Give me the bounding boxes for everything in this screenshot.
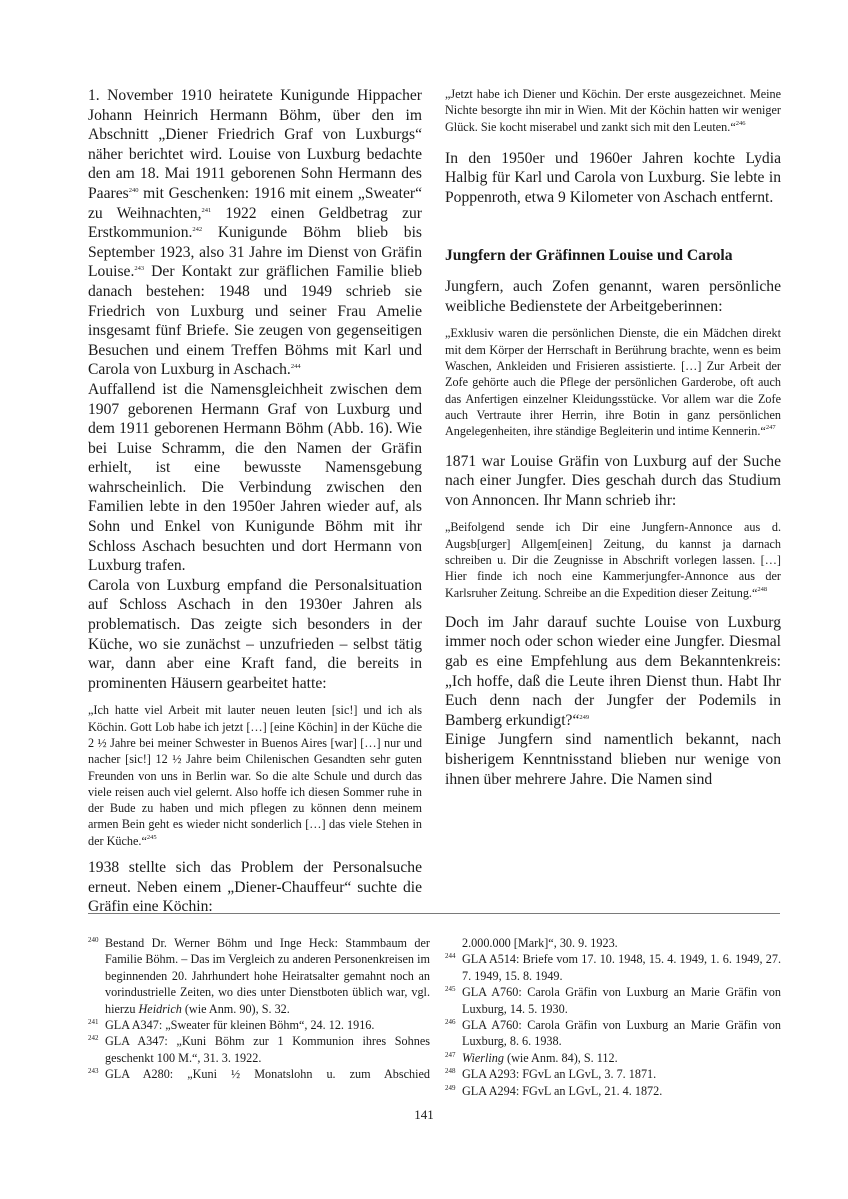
footnote-ref[interactable]: 248	[757, 586, 767, 593]
footnote-ref[interactable]: 249	[579, 714, 589, 721]
section-heading: Jungfern der Gräfinnen Louise und Carola	[445, 246, 781, 266]
footnote-244: 244GLA A514: Briefe vom 17. 10. 1948, 15…	[445, 951, 781, 984]
block-quote-zofe: „Exklusiv waren die persönlichen Dienste…	[445, 325, 781, 439]
footnote-ref[interactable]: 244	[291, 363, 301, 370]
left-column: 1. November 1910 heiratete Kunigunde Hip…	[88, 86, 422, 917]
block-quote-koechin: „Ich hatte viel Arbeit mit lauter neuen …	[88, 702, 422, 849]
footnotes-left: 240Bestand Dr. Werner Böhm und Inge Heck…	[88, 935, 430, 1083]
block-quote-annonce: „Beifolgend sende ich Dir eine Jungfern-…	[445, 519, 781, 600]
footnote-248: 248GLA A293: FGvL an LGvL, 3. 7. 1871.	[445, 1066, 781, 1082]
footnote-ref[interactable]: 245	[147, 834, 157, 841]
footnote-249: 249GLA A294: FGvL an LGvL, 21. 4. 1872.	[445, 1083, 781, 1099]
footnote-ref[interactable]: 243	[134, 265, 144, 272]
paragraph-personalsituation: Carola von Luxburg empfand die Personals…	[88, 576, 422, 694]
footnote-243-continuation: 2.000.000 [Mark]“, 30. 9. 1923.	[445, 935, 781, 951]
footnote-ref[interactable]: 247	[766, 424, 776, 431]
footnote-242: 242GLA A347: „Kuni Böhm zur 1 Kommunion …	[88, 1033, 430, 1066]
footnote-246: 246GLA A760: Carola Gräfin von Luxburg a…	[445, 1017, 781, 1050]
footnote-ref[interactable]: 246	[736, 120, 746, 127]
page-number: 141	[0, 1107, 848, 1123]
footnote-245: 245GLA A760: Carola Gräfin von Luxburg a…	[445, 984, 781, 1017]
footnote-247: 247Wierling (wie Anm. 84), S. 112.	[445, 1050, 781, 1066]
footnotes-right: 2.000.000 [Mark]“, 30. 9. 1923. 244GLA A…	[445, 935, 781, 1099]
footnote-240: 240Bestand Dr. Werner Böhm und Inge Heck…	[88, 935, 430, 1017]
paragraph-einige-jungfern: Einige Jungfern sind namentlich bekannt,…	[445, 730, 781, 789]
paragraph-jungfern: Jungfern, auch Zofen genannt, waren pers…	[445, 277, 781, 316]
paragraph-kunigunde: 1. November 1910 heiratete Kunigunde Hip…	[88, 86, 422, 380]
footnote-ref[interactable]: 242	[192, 226, 202, 233]
footnote-divider	[88, 913, 780, 914]
paragraph-lydia-halbig: In den 1950er und 1960er Jahren kochte L…	[445, 149, 781, 208]
footnote-243: 243GLA A280: „Kuni ½ Monatslohn u. zum A…	[88, 1066, 430, 1082]
paragraph-namensgleichheit: Auffallend ist die Namensgleichheit zwis…	[88, 380, 422, 576]
right-column: „Jetzt habe ich Diener und Köchin. Der e…	[445, 86, 781, 789]
paragraph-1938: 1938 stellte sich das Problem der Person…	[88, 858, 422, 917]
footnote-ref[interactable]: 241	[202, 207, 212, 214]
footnote-241: 241GLA A347: „Sweater für kleinen Böhm“,…	[88, 1017, 430, 1033]
block-quote-diener: „Jetzt habe ich Diener und Köchin. Der e…	[445, 86, 781, 135]
paragraph-1871: 1871 war Louise Gräfin von Luxburg auf d…	[445, 452, 781, 511]
paragraph-jahr-darauf: Doch im Jahr darauf suchte Louise von Lu…	[445, 613, 781, 731]
footnote-ref[interactable]: 240	[129, 187, 139, 194]
